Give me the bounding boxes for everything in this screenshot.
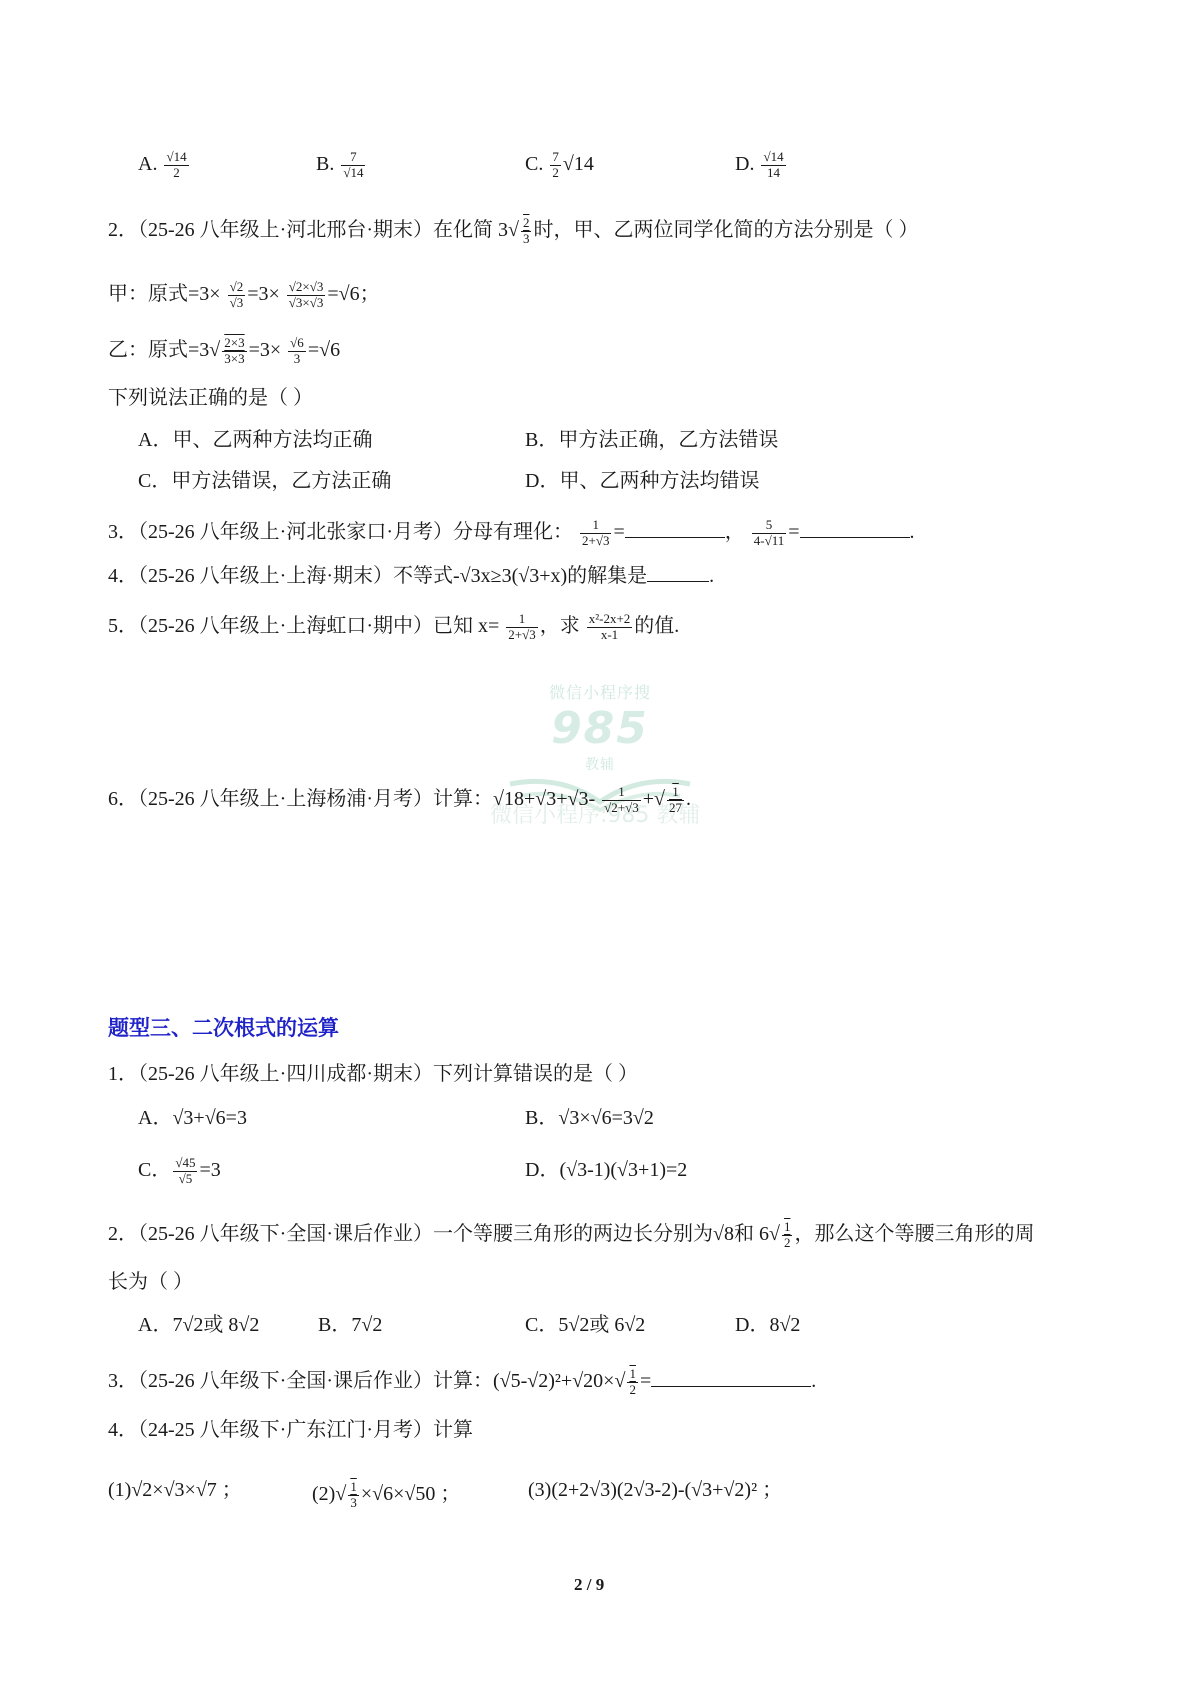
answer-blank[interactable] [647, 580, 709, 582]
q1-option-d[interactable]: D. √1414 [735, 150, 788, 181]
answer-blank[interactable] [651, 1385, 811, 1387]
q2-option-c[interactable]: C．甲方法错误，乙方法正确 [138, 471, 391, 491]
watermark-sub: 教辅 [500, 754, 700, 774]
s3-q1-option-c[interactable]: C．√45√5=3 [138, 1156, 221, 1187]
question-2-jia: 甲：原式=3× √2√3=3× √2×√3√3×√3=√6； [108, 280, 380, 311]
fraction: √1414 [761, 150, 785, 181]
s3-question-2-line2: 长为（ ） [108, 1272, 193, 1292]
answer-blank[interactable] [800, 536, 910, 538]
s3-question-3: 3．（25-26 八年级下·全国·课后作业）计算：(√5-√2)²+√20×√1… [108, 1367, 816, 1398]
s3-q4-part-2: (2)√13×√6×√50 ； [312, 1480, 460, 1511]
s3-question-1: 1．（25-26 八年级上·四川成都·期末）下列计算错误的是（ ） [108, 1064, 638, 1084]
q1-option-b[interactable]: B. 7√14 [316, 150, 367, 181]
q2-option-b[interactable]: B．甲方法正确，乙方法错误 [525, 430, 778, 450]
s3-q4-part-1: (1)√2×√3×√7 ； [108, 1480, 242, 1500]
q1-option-c[interactable]: C. 72√14 [525, 150, 594, 181]
s3-q2-option-a[interactable]: A．7√2或 8√2 [138, 1315, 259, 1335]
s3-q1-option-a[interactable]: A．√3+√6=3 [138, 1108, 247, 1128]
question-2-stem: 2．（25-26 八年级上·河北邢台·期末）在化简 3√23时，甲、乙两位同学化… [108, 216, 918, 247]
fraction: 7√14 [341, 150, 365, 181]
q1-option-a[interactable]: A. √142 [138, 150, 191, 181]
s3-question-2: 2．（25-26 八年级下·全国·课后作业）一个等腰三角形的两边长分别为√8和 … [108, 1220, 1034, 1251]
q2-option-a[interactable]: A．甲、乙两种方法均正确 [138, 430, 372, 450]
s3-q2-option-d[interactable]: D．8√2 [735, 1315, 800, 1335]
s3-q1-option-d[interactable]: D．(√3-1)(√3+1)=2 [525, 1160, 687, 1180]
answer-blank[interactable] [625, 536, 725, 538]
watermark-logo-number: 985 [500, 703, 700, 754]
q2-option-d[interactable]: D．甲、乙两种方法均错误 [525, 471, 759, 491]
question-6: 6．（25-26 八年级上·上海杨浦·月考）计算：√18+√3+√3- 1√2+… [108, 785, 691, 816]
question-2-yi: 乙：原式=3√2×33×3=3× √63=√6 [108, 336, 340, 367]
s3-q1-option-b[interactable]: B．√3×√6=3√2 [525, 1108, 654, 1128]
s3-q2-option-b[interactable]: B．7√2 [318, 1315, 382, 1335]
section-heading: 题型三、二次根式的运算 [108, 1018, 339, 1039]
fraction: 72 [550, 150, 561, 181]
s3-q2-option-c[interactable]: C．5√2或 6√2 [525, 1315, 645, 1335]
question-4: 4．（25-26 八年级上·上海·期末）不等式-√3x≥3(√3+x)的解集是. [108, 566, 714, 586]
watermark-line1: 微信小程序搜 [500, 680, 700, 703]
s3-question-4: 4．（24-25 八年级下·广东江门·月考）计算 [108, 1420, 473, 1440]
s3-q4-part-3: (3)(2+2√3)(2√3-2)-(√3+√2)² ； [528, 1480, 782, 1500]
question-3: 3．（25-26 八年级上·河北张家口·月考）分母有理化： 12+√3=， 54… [108, 518, 915, 549]
fraction: √142 [164, 150, 188, 181]
page-number: 2 / 9 [574, 1576, 604, 1593]
question-2-prompt: 下列说法正确的是（ ） [108, 388, 313, 408]
question-5: 5．（25-26 八年级上·上海虹口·期中）已知 x= 12+√3，求 x²-2… [108, 612, 679, 643]
